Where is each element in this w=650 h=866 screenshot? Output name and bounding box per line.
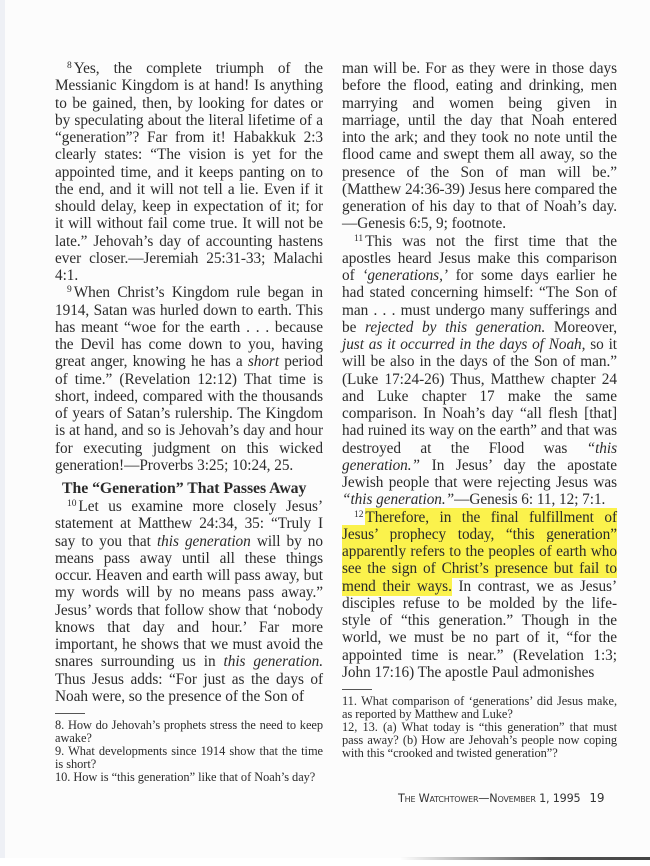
questions-divider bbox=[55, 713, 85, 714]
italic-emphasis: short bbox=[248, 353, 279, 370]
paragraph-number: 9 bbox=[67, 285, 72, 295]
page-footer: The Watchtower—November 1, 199519 bbox=[398, 791, 611, 805]
paragraph-8: 8Yes, the complete triumph of the Messia… bbox=[55, 60, 323, 284]
paragraph-number: 8 bbox=[67, 61, 72, 71]
italic-emphasis: just as it occurred in the days of Noah, bbox=[342, 336, 585, 353]
questions-divider bbox=[342, 689, 372, 690]
paragraph-text: Thus Jesus adds: “For just as the days o… bbox=[55, 671, 323, 705]
paragraph-text: —Genesis 6: 11, 12; 7:1. bbox=[454, 491, 605, 508]
paragraph-10-continued: man will be. For as they were in those d… bbox=[342, 60, 617, 233]
magazine-page: 8Yes, the complete triumph of the Messia… bbox=[0, 0, 650, 858]
italic-emphasis: rejected by this generation. bbox=[365, 319, 545, 336]
paragraph-10: 10Let us examine more closely Jesus’ sta… bbox=[55, 498, 323, 705]
paragraph-9: 9When Christ’s Kingdom rule began in 191… bbox=[55, 284, 323, 474]
study-question: 12, 13. (a) What today is “this generati… bbox=[342, 721, 617, 760]
paragraph-number: 11 bbox=[354, 234, 363, 244]
paragraph-11: 11This was not the first time that the a… bbox=[342, 233, 617, 509]
italic-emphasis: this generation bbox=[157, 533, 251, 550]
study-question: 8. How do Jehovah’s prophets stress the … bbox=[55, 719, 323, 745]
study-question: 10. How is “this generation” like that o… bbox=[55, 771, 323, 784]
study-questions-right: 11. What comparison of ‘generations’ did… bbox=[342, 695, 617, 760]
paragraph-text: will by no means pass away until all the… bbox=[55, 533, 323, 671]
left-column: 8Yes, the complete triumph of the Messia… bbox=[55, 60, 323, 784]
study-questions-left: 8. How do Jehovah’s prophets stress the … bbox=[55, 719, 323, 784]
page-edge bbox=[0, 0, 5, 858]
paragraph-number: 10 bbox=[67, 499, 76, 509]
italic-emphasis: ‘generations,’ bbox=[362, 267, 448, 284]
paragraph-text: so it will be also in the days of the So… bbox=[342, 336, 617, 457]
paragraph-12: 12Therefore, in the final fulfillment of… bbox=[342, 509, 617, 682]
page-number: 19 bbox=[589, 791, 604, 805]
italic-emphasis: “this generation.” bbox=[342, 491, 454, 508]
paragraph-text: Moreover, bbox=[545, 319, 617, 336]
paragraph-text: Yes, the complete triumph of the Messian… bbox=[55, 60, 323, 284]
section-heading: The “Generation” That Passes Away bbox=[62, 480, 323, 498]
page-shadow bbox=[400, 857, 650, 860]
study-question: 9. What developments since 1914 show tha… bbox=[55, 745, 323, 771]
study-question: 11. What comparison of ‘generations’ did… bbox=[342, 695, 617, 721]
publication-date-label: The Watchtower—November 1, 1995 bbox=[398, 792, 580, 805]
paragraph-number: 12 bbox=[354, 510, 363, 520]
italic-emphasis: this generation. bbox=[224, 653, 323, 670]
paragraph-text: period of time.” (Revelation 12:12) That… bbox=[55, 353, 323, 474]
right-column: man will be. For as they were in those d… bbox=[342, 60, 617, 760]
